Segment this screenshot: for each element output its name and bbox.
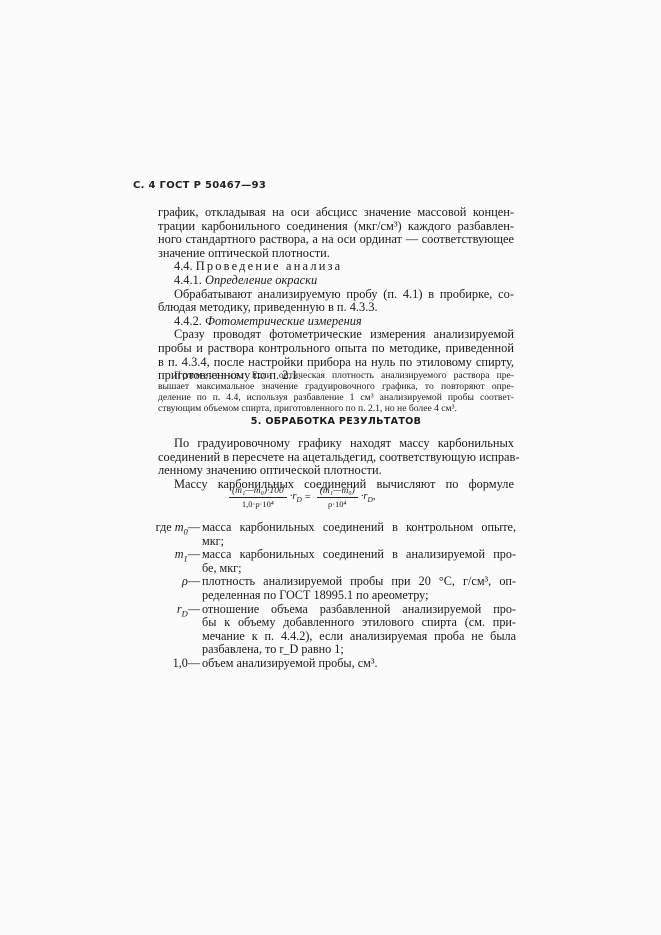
definitions-list: где m0— масса карбонильных соединений в … (146, 521, 516, 671)
factor: ·rD (290, 491, 302, 504)
text-line: объем анализируемой пробы, см³. (202, 657, 516, 671)
numerator: (m₁—m₀) (317, 486, 358, 498)
text-line: Обрабатывают анализируемую пробу (п. 4.1… (158, 288, 514, 302)
text-line: масса карбонильных соединений в анализир… (202, 548, 516, 562)
text-line: в п. 4.3.4, после настройки прибора на н… (158, 356, 514, 370)
section-title: Проведение анализа (196, 259, 343, 273)
where-word: где (156, 520, 172, 534)
symbol: m (175, 547, 184, 561)
text-line: плотность анализируемой пробы при 20 °С,… (202, 575, 516, 589)
definition-symbol: rD— (146, 603, 202, 657)
text-line: разбавлена, то r_D равно 1; (202, 643, 516, 657)
definition-m1: m1— масса карбонильных соединений в анал… (146, 548, 516, 575)
note-text: Если оптическая плотность анализируемого… (252, 370, 514, 381)
definition-symbol: m1— (146, 548, 202, 575)
dash: — (188, 656, 200, 670)
formula-rhs-fraction: (m₁—m₀) ρ·10⁴ (317, 486, 358, 509)
definition-symbol: где m0— (146, 521, 202, 548)
text-line: ленному значению оптической плотности. (158, 464, 514, 478)
text-line: трации карбонильного соединения (мкг/см³… (158, 220, 514, 234)
numerator: (m₁—m₀)·100 (229, 486, 287, 498)
text-line: масса карбонильных соединений в контроль… (202, 521, 516, 535)
section-number: 4.4.2. (174, 314, 202, 328)
definition-symbol: 1,0— (146, 657, 202, 671)
equals-sign: = (305, 492, 311, 503)
factor: ·rD, (361, 491, 376, 504)
text-line: значение оптической плотности. (158, 247, 514, 261)
definition-text: плотность анализируемой пробы при 20 °С,… (202, 575, 516, 602)
text-line: мечание к п. 4.4.2), если анализируемая … (202, 630, 516, 644)
symbol: m (175, 520, 184, 534)
text-line: пробы и раствора контрольного опыта по м… (158, 342, 514, 356)
note-block: Примечание. Если оптическая плотность ан… (158, 370, 514, 414)
factor-subscript: D (296, 495, 301, 504)
note-label: Примечание. (174, 370, 245, 381)
text-line: Сразу проводят фотометрические измерения… (158, 328, 514, 342)
text-line: По градуировочному графику находят массу… (158, 437, 514, 451)
definition-text: отношение объема разбавленной анализируе… (202, 603, 516, 657)
formula: (m₁—m₀)·100 1,0·ρ·10⁴ ·rD = (m₁—m₀) ρ·10… (226, 486, 375, 509)
dash: — (188, 574, 200, 588)
dash: — (188, 602, 200, 616)
text-line: соединений в пересчете на ацетальдегид, … (158, 451, 514, 465)
header-text: С. 4 ГОСТ Р 50467—93 (133, 180, 266, 191)
definition-volume: 1,0— объем анализируемой пробы, см³. (146, 657, 516, 671)
page-header: С. 4 ГОСТ Р 50467—93 (133, 180, 266, 191)
section-heading-4-4-1: 4.4.1. Определение окраски (158, 274, 514, 288)
section-number: 4.4.1. (174, 273, 202, 287)
denominator: ρ·10⁴ (328, 498, 347, 509)
formula-lhs-fraction: (m₁—m₀)·100 1,0·ρ·10⁴ (229, 486, 287, 509)
note-line: вышает максимальное значение градуировоч… (158, 381, 514, 392)
text-line: мкг; (202, 535, 516, 549)
definition-text: масса карбонильных соединений в контроль… (202, 521, 516, 548)
factor-symbol: ·r (361, 491, 368, 502)
text-line: график, откладывая на оси абсцисс значен… (158, 206, 514, 220)
note-line: Примечание. Если оптическая плотность ан… (158, 370, 514, 381)
section-title: Определение окраски (205, 273, 317, 287)
definition-rho: ρ— плотность анализируемой пробы при 20 … (146, 575, 516, 602)
text-line: ного стандартного раствора, а на оси орд… (158, 233, 514, 247)
paragraph-graph: график, откладывая на оси абсцисс значен… (158, 206, 514, 383)
document-page: С. 4 ГОСТ Р 50467—93 график, откладывая … (0, 0, 661, 935)
trailing-comma: , (373, 491, 376, 502)
definition-rd: rD— отношение объема разбавленной анализ… (146, 603, 516, 657)
denominator: 1,0·ρ·10⁴ (242, 498, 274, 509)
dash: — (188, 547, 200, 561)
note-line: ствующим объемом спирта, приготовленного… (158, 403, 514, 414)
paragraph-results: По градуировочному графику находят массу… (158, 437, 514, 491)
text-line: блюдая методику, приведенную в п. 4.3.3. (158, 301, 514, 315)
section-title: Фотометрические измерения (205, 314, 362, 328)
text-line: ределенная по ГОСТ 18995.1 по ареометру; (202, 589, 516, 603)
definition-m0: где m0— масса карбонильных соединений в … (146, 521, 516, 548)
definition-text: объем анализируемой пробы, см³. (202, 657, 516, 671)
note-line: деление по п. 4.4, используя разбавление… (158, 392, 514, 403)
dash: — (188, 520, 200, 534)
text-line: бы к объему добавленного этилового спирт… (202, 616, 516, 630)
definition-text: масса карбонильных соединений в анализир… (202, 548, 516, 575)
section-5-heading: 5. ОБРАБОТКА РЕЗУЛЬТАТОВ (158, 416, 514, 427)
symbol: 1,0 (173, 656, 188, 670)
definition-symbol: ρ— (146, 575, 202, 602)
text-line: отношение объема разбавленной анализируе… (202, 603, 516, 617)
section-number: 4.4. (174, 259, 193, 273)
text-line: бе, мкг; (202, 562, 516, 576)
section-heading-4-4: 4.4. Проведение анализа (158, 260, 514, 274)
section-heading-4-4-2: 4.4.2. Фотометрические измерения (158, 315, 514, 329)
